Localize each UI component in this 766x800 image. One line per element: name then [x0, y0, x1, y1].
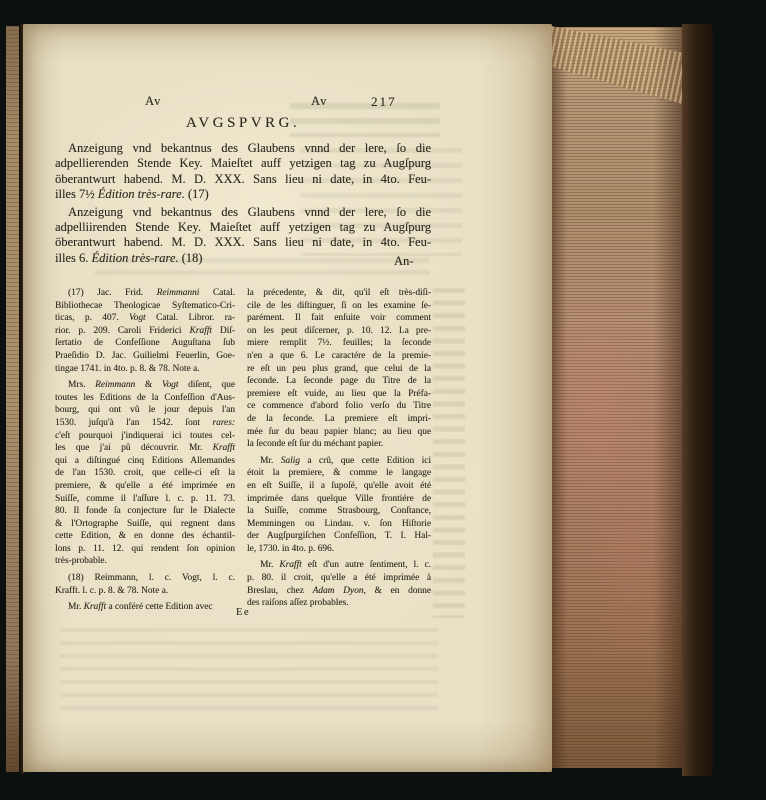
- text-line: (18) Reimmann, l. c. Vogt, l. c.: [55, 572, 235, 585]
- text-line: Anzeigung vnd bekantnus des Glaubens vnn…: [55, 141, 431, 156]
- section-title: AVGSPVRG.: [55, 115, 431, 132]
- paragraph: (18) Reimmann, l. c. Vogt, l. c.Krafft. …: [55, 572, 235, 597]
- text-line: mée ſur du beau papier blanc; au lieu qu…: [247, 426, 431, 439]
- text-line: bourg, qui ont vû le jour depuis l'an: [55, 404, 235, 417]
- paragraph: (17) Jac. Frid. Reimmanni Catal.Biblioth…: [55, 287, 235, 375]
- text-line: adpelliirenden Stende Key. Maieſtet auff…: [55, 220, 431, 235]
- text-line: le, 1730. in 4to. p. 696.: [247, 543, 431, 556]
- text-line: miere remplit 7½. feuilles; la ſeconde: [247, 337, 431, 350]
- text-line: (17) Jac. Frid. Reimmanni Catal.: [55, 287, 235, 300]
- text-line: la précedente, & dit, qu'il eſt très-diſ…: [247, 287, 431, 300]
- text-line: ſeconde. La ſeconde page du Titre de la: [247, 375, 431, 388]
- text-line: Memmingen ou Lindau. v. ſon Hiſtorie: [247, 518, 431, 531]
- paragraph: Mr. Krafft eſt d'un autre ſentiment, l. …: [247, 559, 431, 609]
- text-line: on les peut diſcerner, p. 10. 12. La pre…: [247, 325, 431, 338]
- running-head-left: Av: [145, 94, 161, 109]
- text-line: cette Edition, & en donne des échantil-: [55, 530, 235, 543]
- text-line: Bibliothecae Theologicae Syſtematico-Cri…: [55, 300, 235, 313]
- text-line: premiere eſt vuide, au lieu que la Préfa…: [247, 388, 431, 401]
- text-line: Anzeigung vnd bekantnus des Glaubens vnn…: [55, 205, 431, 220]
- text-line: rior. p. 209. Caroli Friderici Krafft Di…: [55, 325, 235, 338]
- text-line: étoit la premiere, & comme le langage: [247, 467, 431, 480]
- book-cover-edge: [682, 24, 713, 776]
- text-line: c'eſt pourquoi j'indiquerai ici toutes c…: [55, 430, 235, 443]
- text-line: ticas, p. 407. Vogt Catal. Libror. ra-: [55, 312, 235, 325]
- text-line: de la ſeconde. La premiere eſt impri-: [247, 413, 431, 426]
- text-line: illes 7½ Édition très-rare. (17): [55, 187, 431, 202]
- text-line: der Augſpurgiſchen Confeſſion, T. I. Hal…: [247, 530, 431, 543]
- text-line: Mr. Salig a crû, que cette Edition ici: [247, 455, 431, 468]
- text-line: adpellierenden Stende Key. Maieſtet auff…: [55, 156, 431, 171]
- text-line: Suiſſe, comme il l'aſſure l. c. p. 11. 7…: [55, 493, 235, 506]
- text-line: qui a diſtingué cinq Editions Allemandes: [55, 455, 235, 468]
- gutter-pages-edge: [6, 26, 19, 772]
- text-line: 1530. juſqu'à l'an 1542. ſont rares:: [55, 417, 235, 430]
- page-number: 217: [371, 94, 397, 110]
- paragraph: Mr. Salig a crû, que cette Edition iciét…: [247, 455, 431, 556]
- text-line: öberantwurt habend. M. D. XXX. Sans lieu…: [55, 235, 431, 250]
- text-line: très-probable.: [55, 555, 235, 568]
- signature-mark: Ee: [55, 607, 431, 618]
- text-line: 80. Il fonde ſa conjecture ſur le Dialec…: [55, 505, 235, 518]
- text-line: de l'an 1530. croit, que celle-ci eſt la: [55, 467, 235, 480]
- text-line: la ſeconde eſt ſur du méchant papier.: [247, 438, 431, 451]
- fore-edge-page-stack: [552, 27, 682, 768]
- text-line: parément. Il fait enſuite voir comment: [247, 312, 431, 325]
- text-line: Mr. Krafft eſt d'un autre ſentiment, l. …: [247, 559, 431, 572]
- paragraph: la précedente, & dit, qu'il eſt très-diſ…: [247, 287, 431, 451]
- paragraph: Mrs. Reimmann & Vogt diſent, quetoutes l…: [55, 379, 235, 568]
- text-line: les que j'ai pû découvrir. Mr. Krafft: [55, 442, 235, 455]
- footnote-right-column: la précedente, & dit, qu'il eſt très-diſ…: [247, 287, 431, 610]
- text-line: cile de les diſtinguer, ſi on les examin…: [247, 300, 431, 313]
- text-line: illes 6. Édition très-rare. (18): [55, 251, 431, 266]
- text-line: Praeſidio D. Jac. Guilielmi Feuerlin, Go…: [55, 350, 235, 363]
- text-line: Mrs. Reimmann & Vogt diſent, que: [55, 379, 235, 392]
- scanned-book-photo: Av Av 217 AVGSPVRG. Anzeigung vnd bekant…: [0, 0, 766, 800]
- text-line: ce commence d'abord folio verſo du Titre: [247, 400, 431, 413]
- text-line: premiere, & qu'elle a été imprimée en: [55, 480, 235, 493]
- text-line: lons p. 11. 12. qui rendent ſon opinion: [55, 543, 235, 556]
- catchword: An-: [394, 254, 413, 269]
- text-line: & l'Ortographe Suiſſe, qui regnent dans: [55, 518, 235, 531]
- running-head-center: Av: [311, 94, 327, 109]
- paragraph: Anzeigung vnd bekantnus des Glaubens vnn…: [55, 141, 431, 203]
- paragraph: Anzeigung vnd bekantnus des Glaubens vnn…: [55, 205, 431, 267]
- text-line: n'en a que 6. Le caractére de la premie-: [247, 350, 431, 363]
- text-line: imprimée dans quelque Ville frontiére de: [247, 493, 431, 506]
- main-entries: Anzeigung vnd bekantnus des Glaubens vnn…: [55, 141, 431, 266]
- text-line: p. 80. il croit, qu'elle a été imprimée …: [247, 572, 431, 585]
- text-line: öberantwurt habend. M. D. XXX. Sans lieu…: [55, 172, 431, 187]
- text-line: en eſt Suiſſe, il a ſupoſé, qu'elle avoi…: [247, 480, 431, 493]
- text-line: Krafft. l. c. p. 8. & 78. Note a.: [55, 585, 235, 598]
- text-line: Breslau, chez Adam Dyon, & en donne: [247, 585, 431, 598]
- text-line: toutes les Editions de la Confeſſion d'A…: [55, 392, 235, 405]
- text-line: tingae 1741. in 4to. p. 8. & 78. Note a.: [55, 363, 235, 376]
- text-line: la Suiſſe, comme Strasbourg, Conſtance,: [247, 505, 431, 518]
- footnote-left-column: (17) Jac. Frid. Reimmanni Catal.Biblioth…: [55, 287, 235, 614]
- text-line: ſertatio de Confeſſione Auguſtana ſub: [55, 337, 235, 350]
- text-line: re eſt un peu plus grand, que celui de l…: [247, 363, 431, 376]
